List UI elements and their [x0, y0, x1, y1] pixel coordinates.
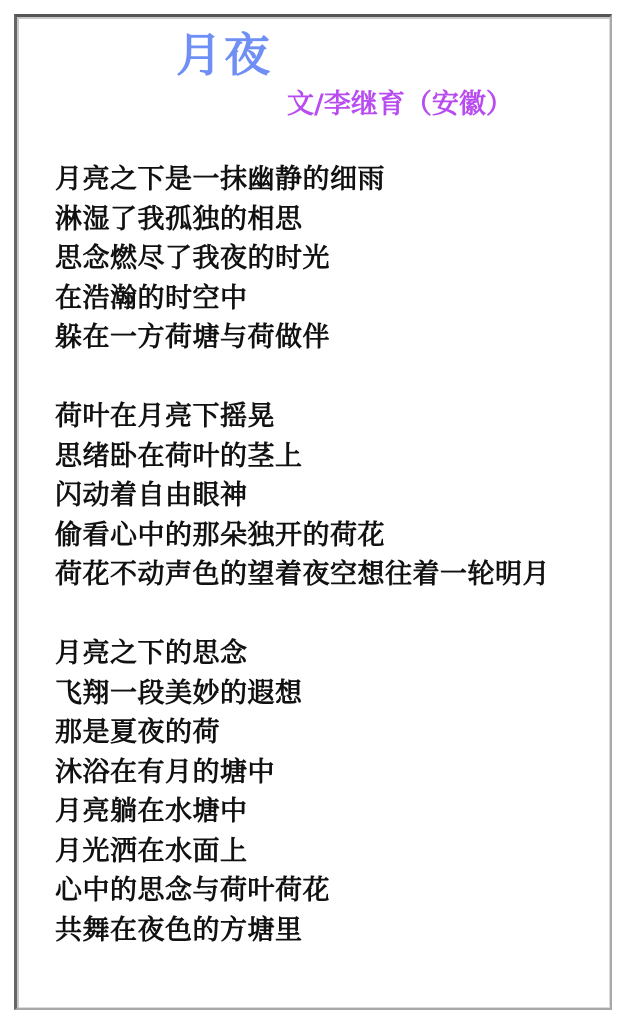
stanza-2: 荷叶在月亮下摇晃 思绪卧在荷叶的茎上 闪动着自由眼神 偷看心中的那朵独开的荷花 … [55, 397, 625, 595]
poem-line: 月光洒在水面上 [55, 832, 625, 872]
poem-line: 月亮之下是一抹幽静的细雨 [55, 160, 625, 200]
poem-line: 荷叶在月亮下摇晃 [55, 397, 625, 437]
poem-line: 心中的思念与荷叶荷花 [55, 871, 625, 911]
poem-line: 偷看心中的那朵独开的荷花 [55, 516, 625, 556]
poem-title: 月夜 [176, 28, 272, 82]
author-line: 文/李继育（安徽） [287, 89, 513, 121]
poem-line: 思绪卧在荷叶的茎上 [55, 437, 625, 477]
poem-line: 那是夏夜的荷 [55, 713, 625, 753]
poem-line: 思念燃尽了我夜的时光 [55, 239, 625, 279]
poem-line: 月亮之下的思念 [55, 634, 625, 674]
poem-line: 躲在一方荷塘与荷做伴 [55, 318, 625, 358]
stanza-3: 月亮之下的思念 飞翔一段美妙的遐想 那是夏夜的荷 沐浴在有月的塘中 月亮躺在水塘… [55, 634, 625, 950]
poem-line: 闪动着自由眼神 [55, 476, 625, 516]
poem-body: 月亮之下是一抹幽静的细雨 淋湿了我孤独的相思 思念燃尽了我夜的时光 在浩瀚的时空… [55, 160, 625, 990]
poem-line: 月亮躺在水塘中 [55, 792, 625, 832]
poem-line: 飞翔一段美妙的遐想 [55, 674, 625, 714]
poem-line: 荷花不动声色的望着夜空想往着一轮明月 [55, 555, 625, 595]
poem-line: 淋湿了我孤独的相思 [55, 200, 625, 240]
poem-line: 在浩瀚的时空中 [55, 279, 625, 319]
stanza-1: 月亮之下是一抹幽静的细雨 淋湿了我孤独的相思 思念燃尽了我夜的时光 在浩瀚的时空… [55, 160, 625, 358]
poem-line: 共舞在夜色的方塘里 [55, 911, 625, 951]
poem-line: 沐浴在有月的塘中 [55, 753, 625, 793]
